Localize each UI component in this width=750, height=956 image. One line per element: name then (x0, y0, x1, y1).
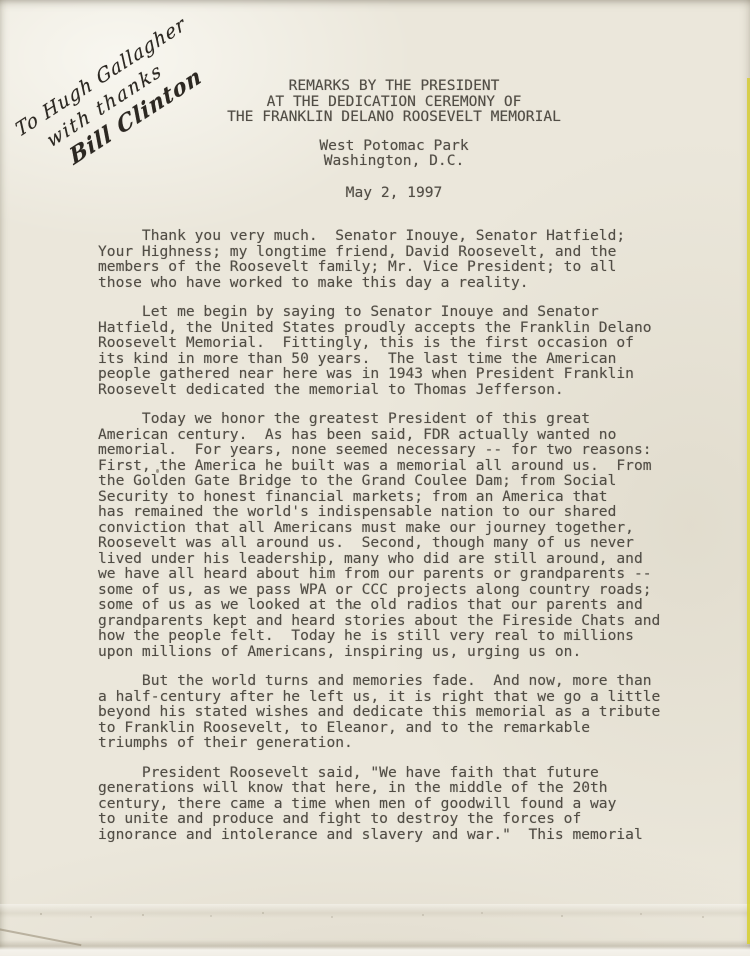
crease-specks (40, 913, 42, 915)
ink-speck (352, 606, 354, 609)
location-line-1: West Potomac Park (98, 138, 690, 154)
title-line-1: REMARKS BY THE PRESIDENT (98, 78, 690, 94)
title-line-3: THE FRANKLIN DELANO ROOSEVELT MEMORIAL (98, 109, 690, 125)
event-location: West Potomac Park Washington, D.C. (98, 138, 690, 169)
title-line-2: AT THE DEDICATION CEREMONY OF (98, 94, 690, 110)
paragraph-5: President Roosevelt said, "We have faith… (98, 765, 690, 843)
document-title: REMARKS BY THE PRESIDENT AT THE DEDICATI… (98, 78, 690, 125)
event-date: May 2, 1997 (98, 185, 690, 201)
bottom-paper-edge (0, 940, 750, 956)
ink-speck (156, 469, 159, 473)
paragraph-4: But the world turns and memories fade. A… (98, 673, 690, 751)
scanned-page: To Hugh Gallagher with thanks Bill Clint… (0, 0, 750, 956)
paper-crease (0, 904, 750, 918)
paragraph-3: Today we honor the greatest President of… (98, 411, 690, 659)
paragraph-1: Thank you very much. Senator Inouye, Sen… (98, 228, 690, 290)
paragraph-2: Let me begin by saying to Senator Inouye… (98, 304, 690, 397)
typed-document: REMARKS BY THE PRESIDENT AT THE DEDICATI… (98, 78, 690, 856)
location-line-2: Washington, D.C. (98, 153, 690, 169)
